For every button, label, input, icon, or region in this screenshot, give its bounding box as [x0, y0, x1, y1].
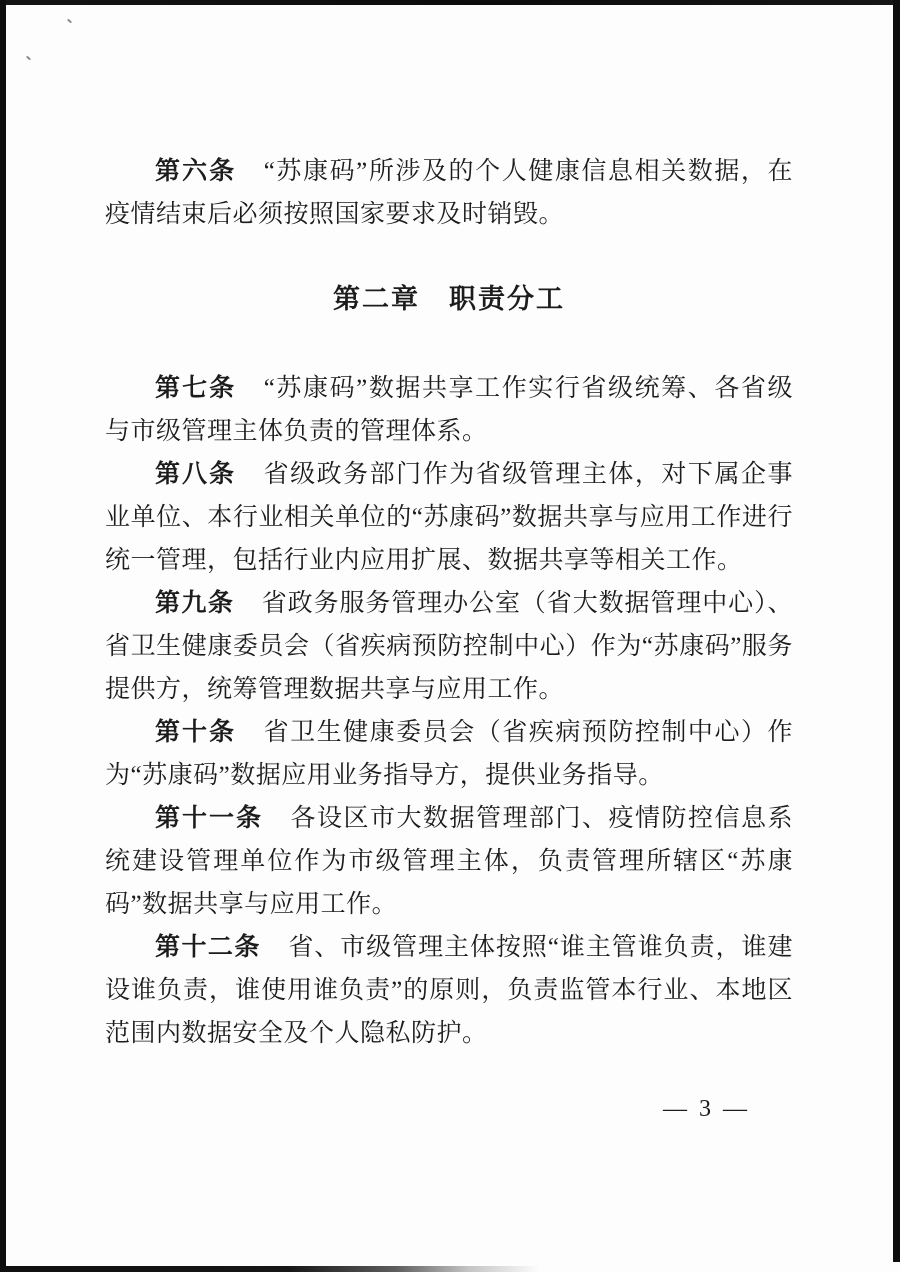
- article-number: 第十二条: [155, 933, 261, 961]
- scan-border-left: [0, 0, 6, 1272]
- article-number: 第七条: [155, 374, 236, 402]
- page-number: — 3 —: [663, 1096, 750, 1123]
- article-paragraph-12: 第十二条省、市级管理主体按照“谁主管谁负责，谁建设谁负责，谁使用谁负责”的原则，…: [105, 926, 793, 1055]
- scan-border-bottom: [0, 1266, 900, 1272]
- article-number: 第六条: [155, 157, 236, 185]
- scan-artifact-speck: [67, 19, 72, 24]
- article-number: 第八条: [155, 460, 236, 488]
- article-paragraph-10: 第十条省卫生健康委员会（省疾病预防控制中心）作为“苏康码”数据应用业务指导方，提…: [105, 711, 793, 797]
- article-number: 第十一条: [155, 804, 263, 832]
- page-content: 第六条“苏康码”所涉及的个人健康信息相关数据，在疫情结束后必须按照国家要求及时销…: [105, 150, 793, 1055]
- article-number: 第十条: [155, 718, 236, 746]
- article-paragraph-6: 第六条“苏康码”所涉及的个人健康信息相关数据，在疫情结束后必须按照国家要求及时销…: [105, 150, 793, 236]
- scan-border-right: [893, 0, 900, 1262]
- chapter-heading: 第二章 职责分工: [105, 278, 793, 321]
- article-paragraph-9: 第九条省政务服务管理办公室（省大数据管理中心）、省卫生健康委员会（省疾病预防控制…: [105, 582, 793, 711]
- article-paragraph-8: 第八条省级政务部门作为省级管理主体，对下属企事业单位、本行业相关单位的“苏康码”…: [105, 453, 793, 582]
- scanned-document-page: 第六条“苏康码”所涉及的个人健康信息相关数据，在疫情结束后必须按照国家要求及时销…: [0, 0, 900, 1272]
- article-number: 第九条: [155, 589, 234, 617]
- scan-artifact-speck: [26, 56, 31, 61]
- scan-border-top: [6, 0, 900, 5]
- article-paragraph-11: 第十一条各设区市大数据管理部门、疫情防控信息系统建设管理单位作为市级管理主体，负…: [105, 797, 793, 926]
- article-paragraph-7: 第七条“苏康码”数据共享工作实行省级统筹、各省级与市级管理主体负责的管理体系。: [105, 367, 793, 453]
